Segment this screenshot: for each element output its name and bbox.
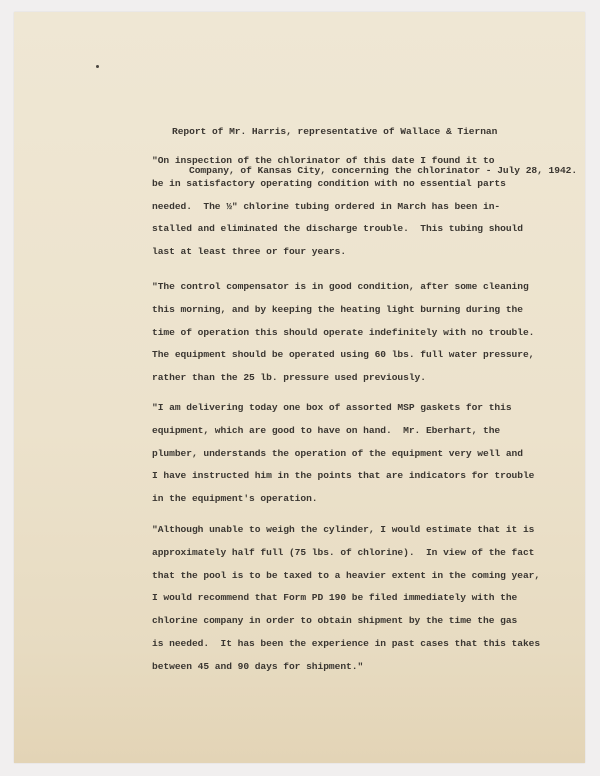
paragraph-cylinder: "Although unable to weigh the cylinder, …	[152, 519, 552, 679]
paragraph-inspection: "On inspection of the chlorinator of thi…	[152, 150, 552, 264]
text-line: plumber, understands the operation of th…	[152, 443, 552, 466]
paragraph-compensator: "The control compensator is in good cond…	[152, 276, 552, 390]
text-line: in the equipment's operation.	[152, 488, 552, 511]
text-line: this morning, and by keeping the heating…	[152, 299, 552, 322]
text-line: time of operation this should operate in…	[152, 322, 552, 345]
text-line: between 45 and 90 days for shipment."	[152, 656, 552, 679]
text-line: stalled and eliminated the discharge tro…	[152, 218, 552, 241]
heading-line-1: Report of Mr. Harris, representative of …	[172, 125, 592, 138]
text-line: is needed. It has been the experience in…	[152, 633, 552, 656]
text-line: I have instructed him in the points that…	[152, 465, 552, 488]
text-line: rather than the 25 lb. pressure used pre…	[152, 367, 552, 390]
text-line: I would recommend that Form PD 190 be fi…	[152, 587, 552, 610]
text-line: that the pool is to be taxed to a heavie…	[152, 565, 552, 588]
text-line: "Although unable to weigh the cylinder, …	[152, 519, 552, 542]
text-line: last at least three or four years.	[152, 241, 552, 264]
text-line: "On inspection of the chlorinator of thi…	[152, 150, 552, 173]
text-line: "The control compensator is in good cond…	[152, 276, 552, 299]
paper-speck	[96, 65, 99, 68]
text-line: needed. The ½" chlorine tubing ordered i…	[152, 196, 552, 219]
text-line: approximately half full (75 lbs. of chlo…	[152, 542, 552, 565]
text-line: The equipment should be operated using 6…	[152, 344, 552, 367]
text-line: equipment, which are good to have on han…	[152, 420, 552, 443]
text-line: chlorine company in order to obtain ship…	[152, 610, 552, 633]
text-line: "I am delivering today one box of assort…	[152, 397, 552, 420]
text-line: be in satisfactory operating condition w…	[152, 173, 552, 196]
paragraph-gaskets: "I am delivering today one box of assort…	[152, 397, 552, 511]
